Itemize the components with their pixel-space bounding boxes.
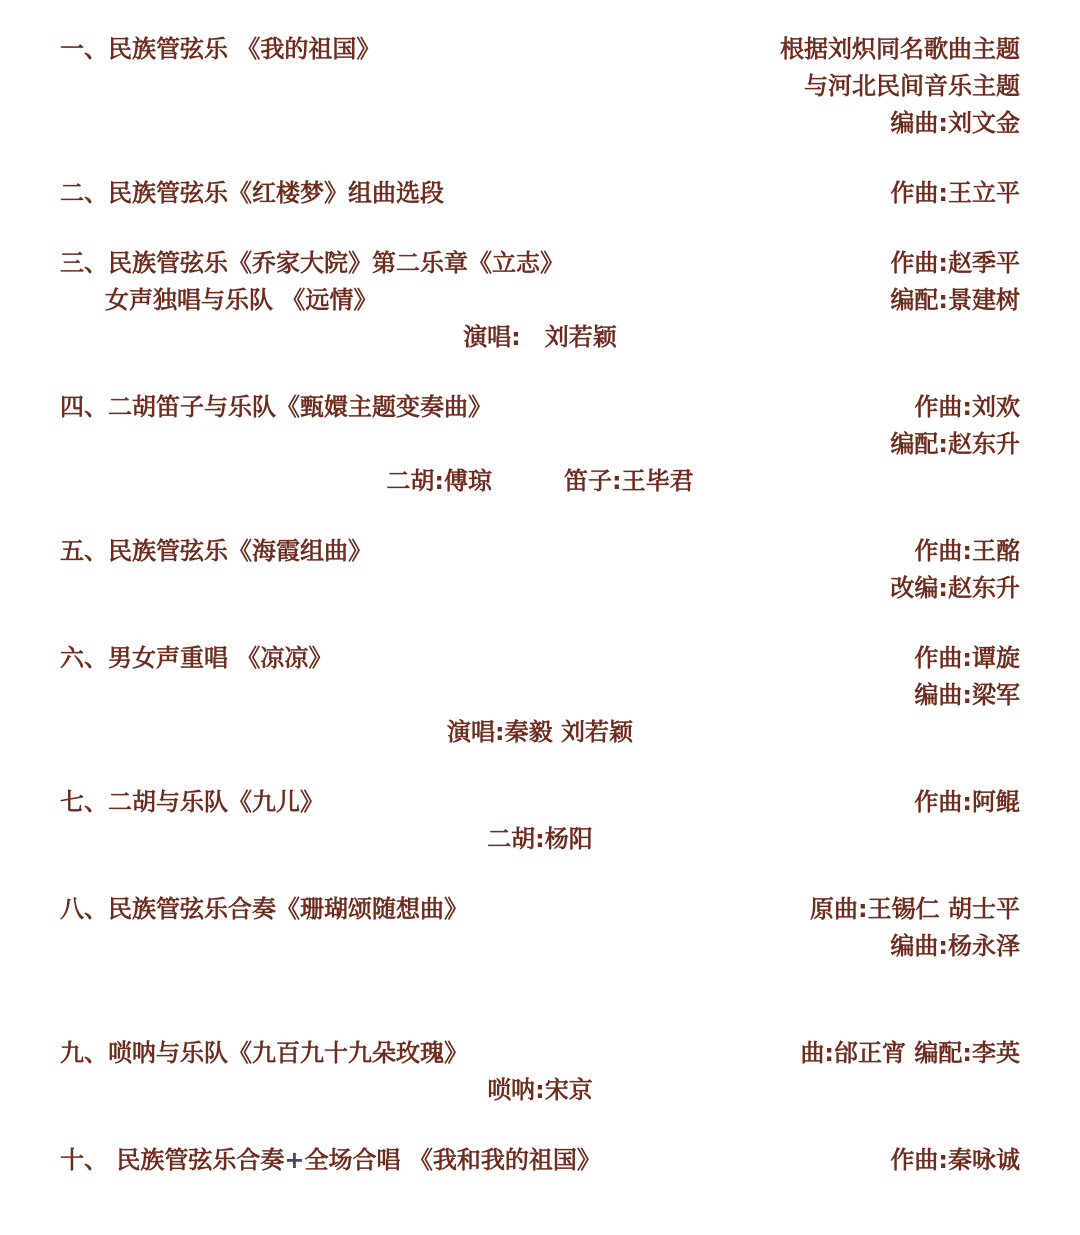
piece-title: 四、二胡笛子与乐队《甄嬛主题变奏曲》 [60,389,492,426]
program-line: 五、民族管弦乐《海霞组曲》 作曲:王酩 [60,533,1020,570]
program-item-9: 九、唢呐与乐队《九百九十九朵玫瑰》 曲:邰正宵 编配:李英 唢呐:宋京 [60,1035,1020,1109]
program-line: 女声独唱与乐队 《远情》 编配:景建树 [60,282,1020,319]
credit-text: 与河北民间音乐主题 [804,68,1020,105]
performer-text: 二胡:杨阳 [487,821,593,858]
program-item-8: 八、民族管弦乐合奏《珊瑚颂随想曲》 原曲:王锡仁 胡士平 编曲:杨永泽 [60,891,1020,965]
credit-text: 原曲:王锡仁 胡士平 [810,891,1020,928]
credit-text: 作曲:谭旋 [914,640,1020,677]
program-item-2: 二、民族管弦乐《红楼梦》组曲选段 作曲:王立平 [60,175,1020,212]
credit-text: 作曲:赵季平 [890,245,1020,282]
program-item-7: 七、二胡与乐队《九儿》 作曲:阿鲲 二胡:杨阳 [60,784,1020,858]
credit-text: 编曲:杨永泽 [890,928,1020,965]
credit-text: 作曲:秦咏诚 [890,1142,1020,1179]
credit-text: 编曲:梁军 [914,677,1020,714]
program-line: 演唱:秦毅 刘若颖 [60,714,1020,751]
program-item-10: 十、 民族管弦乐合奏+全场合唱 《我和我的祖国》 作曲:秦咏诚 [60,1142,1020,1179]
program-line: 演唱: 刘若颖 [60,319,1020,356]
piece-title: 三、民族管弦乐《乔家大院》第二乐章《立志》 [60,245,564,282]
credit-text: 曲:邰正宵 编配:李英 [800,1035,1020,1072]
credit-text: 改编:赵东升 [890,570,1020,607]
piece-title: 六、男女声重唱 《凉凉》 [60,640,332,677]
credit-text: 作曲:刘欢 [914,389,1020,426]
program-line: 二胡:杨阳 [60,821,1020,858]
program-line: 八、民族管弦乐合奏《珊瑚颂随想曲》 原曲:王锡仁 胡士平 [60,891,1020,928]
credit-text: 作曲:王酩 [914,533,1020,570]
program-line: 三、民族管弦乐《乔家大院》第二乐章《立志》 作曲:赵季平 [60,245,1020,282]
piece-subtitle: 女声独唱与乐队 《远情》 [60,282,377,319]
program-item-6: 六、男女声重唱 《凉凉》 作曲:谭旋 编曲:梁军 演唱:秦毅 刘若颖 [60,640,1020,751]
program-line: 四、二胡笛子与乐队《甄嬛主题变奏曲》 作曲:刘欢 [60,389,1020,426]
piece-title: 十、 民族管弦乐合奏+全场合唱 《我和我的祖国》 [60,1142,601,1179]
credit-text: 编配:景建树 [890,282,1020,319]
piece-title: 九、唢呐与乐队《九百九十九朵玫瑰》 [60,1035,468,1072]
performer-text: 演唱: 刘若颖 [463,319,617,356]
piece-title: 二、民族管弦乐《红楼梦》组曲选段 [60,175,444,212]
program-line: 编曲:刘文金 [60,105,1020,142]
program-line: 与河北民间音乐主题 [60,68,1020,105]
program-line: 六、男女声重唱 《凉凉》 作曲:谭旋 [60,640,1020,677]
credit-text: 作曲:阿鲲 [914,784,1020,821]
program-item-3: 三、民族管弦乐《乔家大院》第二乐章《立志》 作曲:赵季平 女声独唱与乐队 《远情… [60,245,1020,356]
plus-sign: + [284,1146,304,1174]
program-line: 二、民族管弦乐《红楼梦》组曲选段 作曲:王立平 [60,175,1020,212]
piece-title-post: 全场合唱 《我和我的祖国》 [304,1146,600,1174]
piece-title: 七、二胡与乐队《九儿》 [60,784,324,821]
program-item-4: 四、二胡笛子与乐队《甄嬛主题变奏曲》 作曲:刘欢 编配:赵东升 二胡:傅琼 笛子… [60,389,1020,500]
program-line: 改编:赵东升 [60,570,1020,607]
credit-text: 编配:赵东升 [890,426,1020,463]
piece-title: 一、民族管弦乐 《我的祖国》 [60,31,380,68]
program-line: 一、民族管弦乐 《我的祖国》 根据刘炽同名歌曲主题 [60,31,1020,68]
program-line: 九、唢呐与乐队《九百九十九朵玫瑰》 曲:邰正宵 编配:李英 [60,1035,1020,1072]
piece-title: 五、民族管弦乐《海霞组曲》 [60,533,372,570]
credit-text: 作曲:王立平 [890,175,1020,212]
performer-text: 二胡:傅琼 笛子:王毕君 [386,463,693,500]
credit-text: 根据刘炽同名歌曲主题 [780,31,1020,68]
program-item-5: 五、民族管弦乐《海霞组曲》 作曲:王酩 改编:赵东升 [60,533,1020,607]
program-line: 编配:赵东升 [60,426,1020,463]
program-line: 编曲:杨永泽 [60,928,1020,965]
program-item-1: 一、民族管弦乐 《我的祖国》 根据刘炽同名歌曲主题 与河北民间音乐主题 编曲:刘… [60,31,1020,142]
performer-text: 演唱:秦毅 刘若颖 [447,714,633,751]
program-line: 编曲:梁军 [60,677,1020,714]
program-line: 七、二胡与乐队《九儿》 作曲:阿鲲 [60,784,1020,821]
program-line: 唢呐:宋京 [60,1072,1020,1109]
concert-program: 一、民族管弦乐 《我的祖国》 根据刘炽同名歌曲主题 与河北民间音乐主题 编曲:刘… [0,0,1080,1179]
program-line: 二胡:傅琼 笛子:王毕君 [60,463,1020,500]
performer-text: 唢呐:宋京 [487,1072,593,1109]
piece-title: 八、民族管弦乐合奏《珊瑚颂随想曲》 [60,891,468,928]
credit-text: 编曲:刘文金 [890,105,1020,142]
piece-title-pre: 十、 民族管弦乐合奏 [60,1146,284,1174]
program-line: 十、 民族管弦乐合奏+全场合唱 《我和我的祖国》 作曲:秦咏诚 [60,1142,1020,1179]
